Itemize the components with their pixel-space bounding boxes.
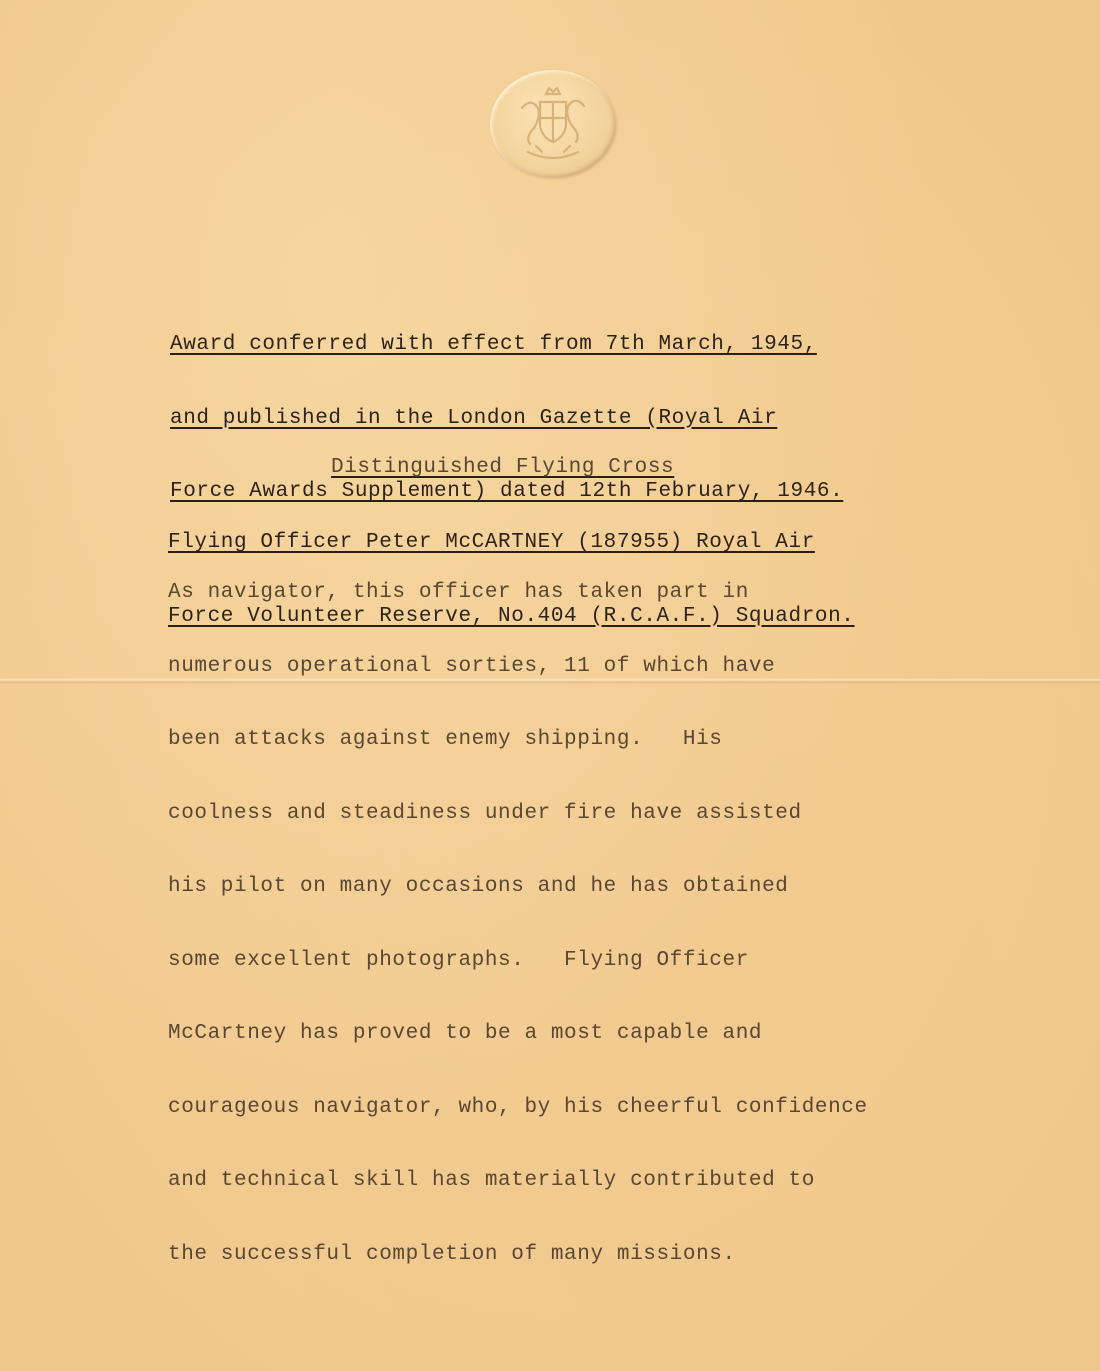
citation-line: McCartney has proved to be a most capabl… bbox=[168, 1022, 868, 1047]
citation-line: numerous operational sorties, 11 of whic… bbox=[168, 655, 868, 680]
award-title: Distinguished Flying Cross bbox=[331, 456, 674, 481]
citation-line: and technical skill has materially contr… bbox=[168, 1169, 868, 1194]
header-line: Award conferred with effect from 7th Mar… bbox=[170, 333, 843, 358]
citation-line: coolness and steadiness under fire have … bbox=[168, 802, 868, 827]
citation-body: As navigator, this officer has taken par… bbox=[168, 532, 868, 1292]
citation-line: his pilot on many occasions and he has o… bbox=[168, 875, 868, 900]
citation-line: the successful completion of many missio… bbox=[168, 1243, 868, 1268]
citation-line: As navigator, this officer has taken par… bbox=[168, 581, 868, 606]
coat-of-arms-icon bbox=[508, 80, 598, 168]
citation-line: courageous navigator, who, by his cheerf… bbox=[168, 1096, 868, 1121]
citation-line: some excellent photographs. Flying Offic… bbox=[168, 949, 868, 974]
embossed-seal bbox=[490, 70, 616, 178]
citation-line: been attacks against enemy shipping. His bbox=[168, 728, 868, 753]
